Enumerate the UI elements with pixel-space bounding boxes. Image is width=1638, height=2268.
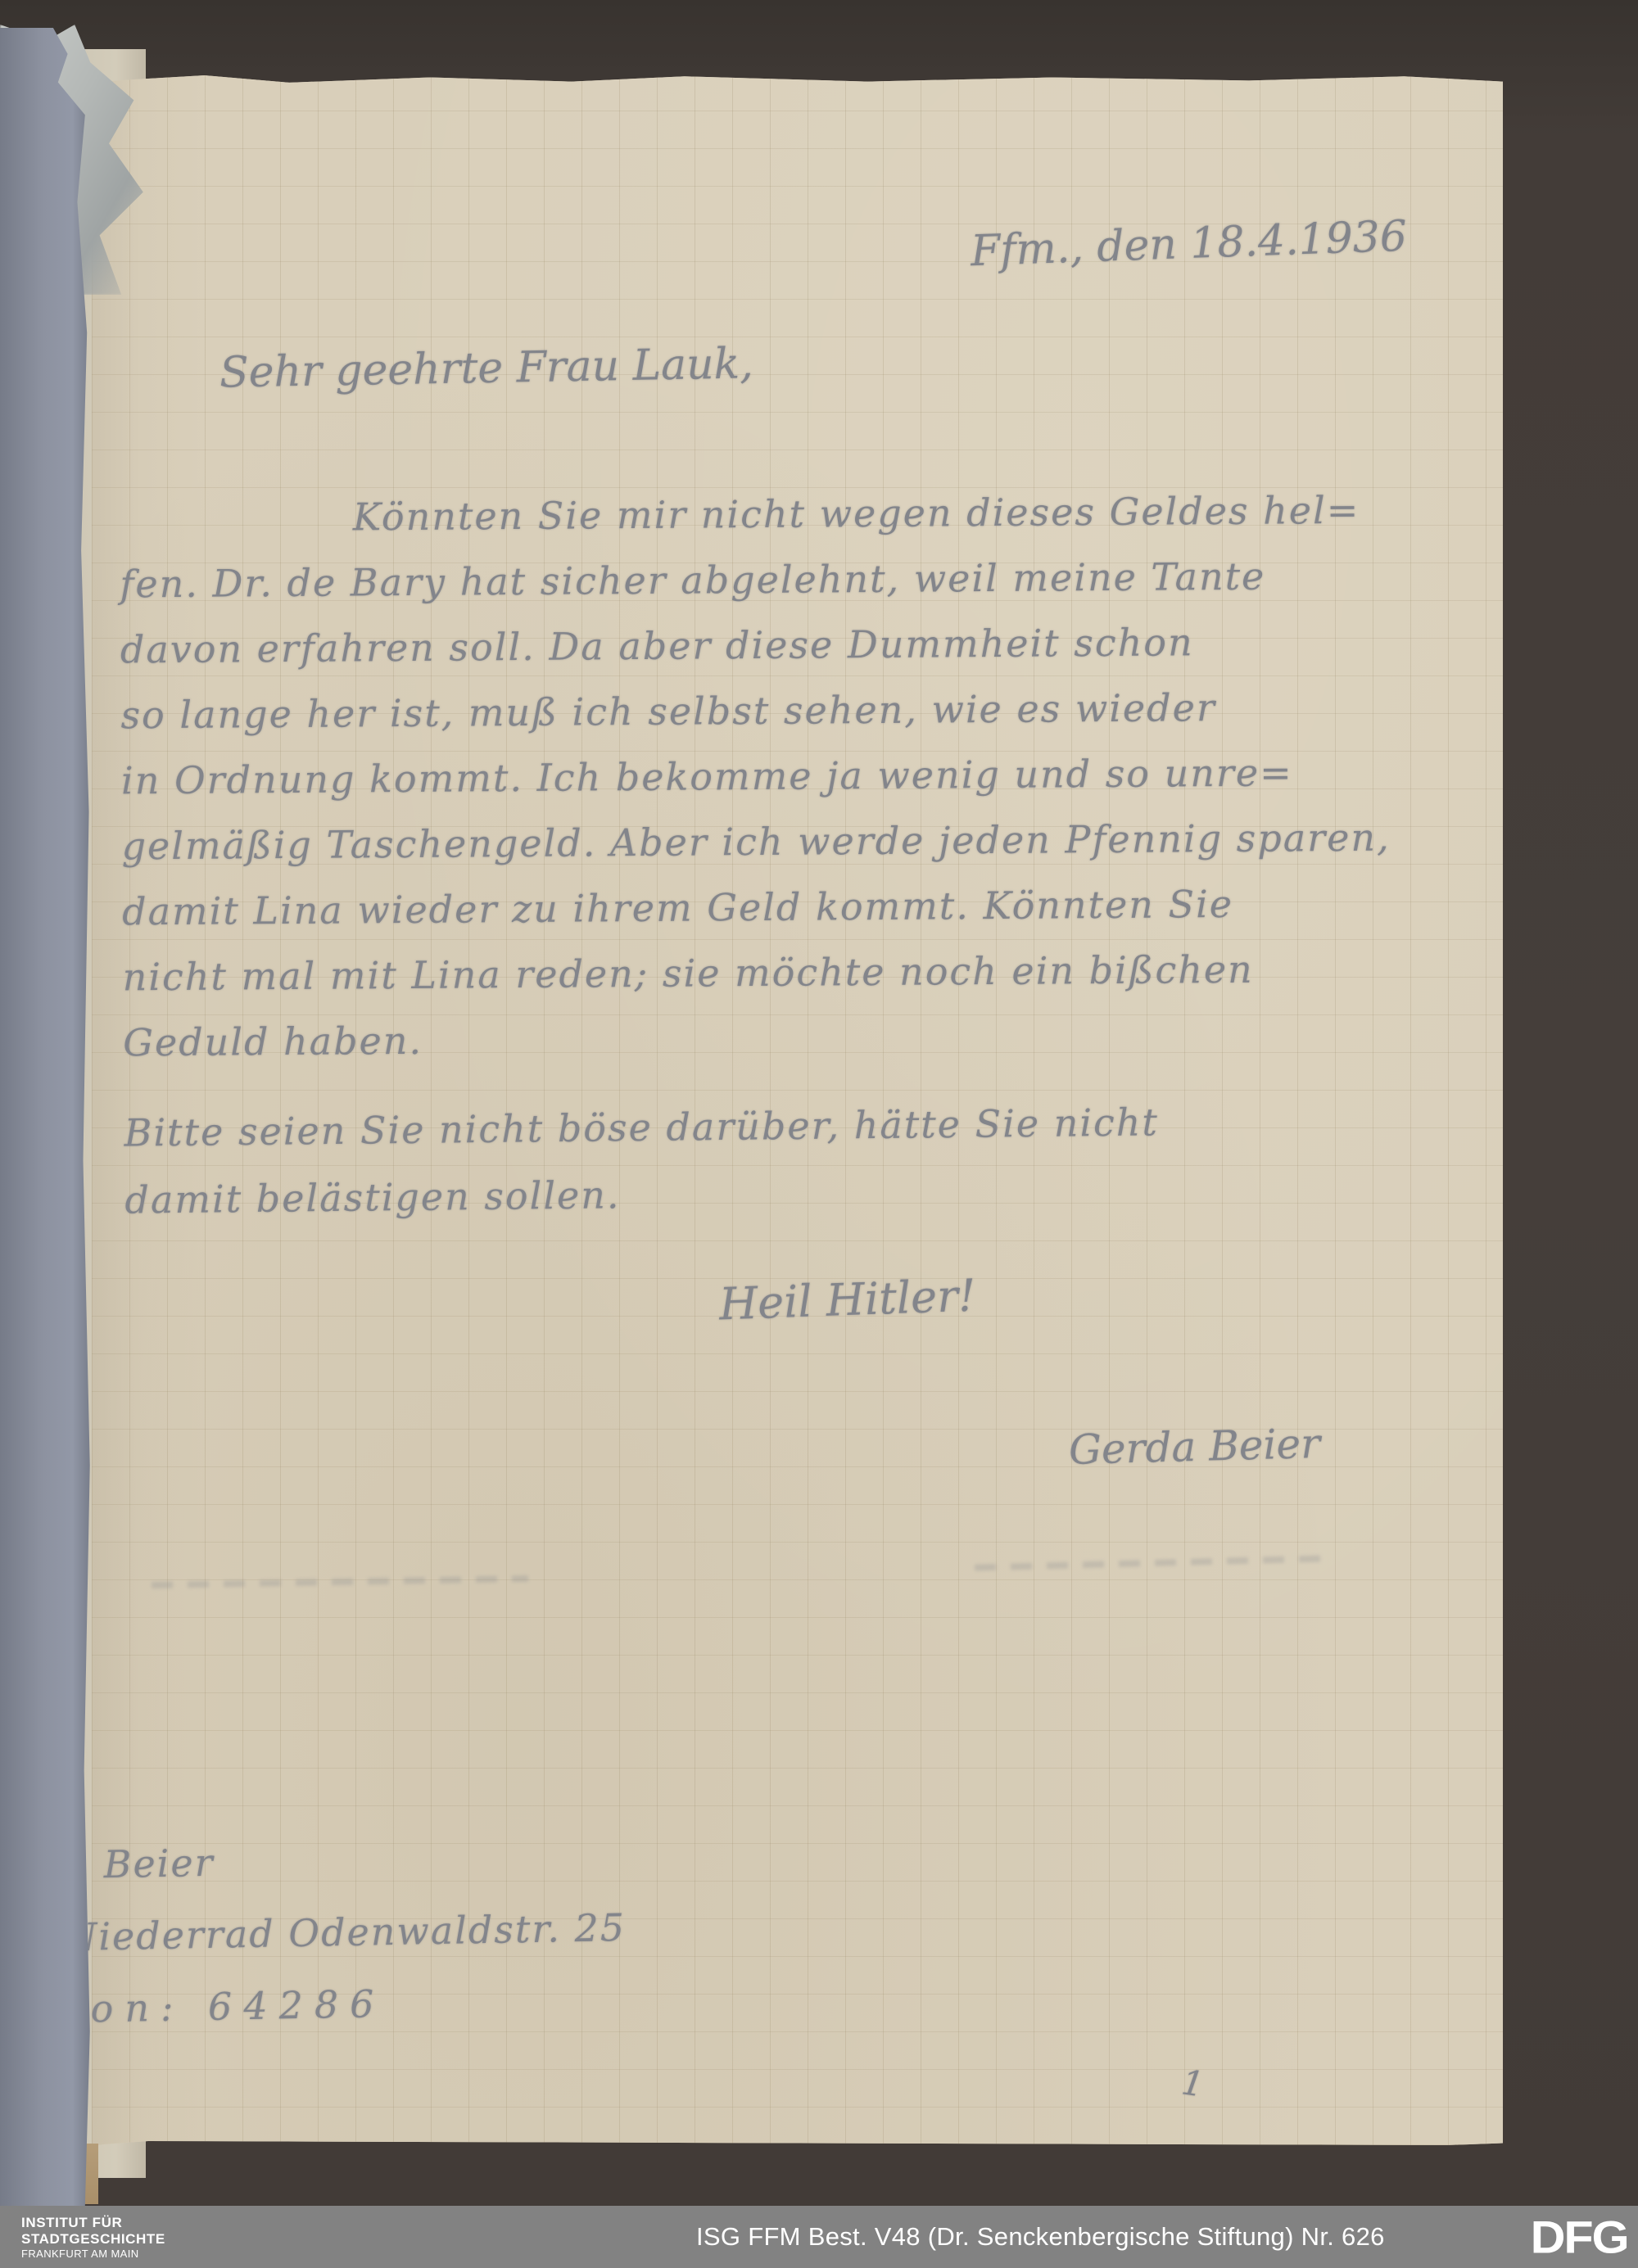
body-line: nicht mal mit Lina reden; sie möchte noc… bbox=[122, 936, 1391, 1010]
signature: Gerda Beier bbox=[1068, 1420, 1320, 1474]
closing-formula: Heil Hitler! bbox=[718, 1270, 977, 1331]
address-line-phone: fon: 64286 bbox=[65, 1963, 628, 2045]
body-line: Geduld haben. bbox=[123, 1001, 1392, 1076]
address-line: Niederrad Odenwaldstr. 25 bbox=[63, 1891, 627, 1973]
body-line: in Ordnung kommt. Ich bekomme ja wenig u… bbox=[121, 739, 1391, 814]
postscript-line: Bitte seien Sie nicht böse darüber, hätt… bbox=[124, 1088, 1159, 1166]
postscript-line: damit belästigen sollen. bbox=[124, 1155, 1160, 1233]
sender-address: J. Beier Niederrad Odenwaldstr. 25 fon: … bbox=[62, 1819, 628, 2045]
institute-logo: INSTITUT FÜR STADTGESCHICHTE FRANKFURT A… bbox=[21, 2215, 165, 2260]
body-line: davon erfahren soll. Da aber diese Dummh… bbox=[120, 608, 1390, 683]
body-line: so lange her ist, muß ich selbst sehen, … bbox=[120, 674, 1390, 748]
institute-logo-line: INSTITUT FÜR bbox=[21, 2215, 165, 2231]
salutation: Sehr geehrte Frau Lauk, bbox=[219, 339, 754, 397]
body-line: gelmäßig Taschengeld. Aber ich werde jed… bbox=[121, 805, 1391, 879]
body-line: Könnten Sie mir nicht wegen dieses Gelde… bbox=[120, 477, 1389, 552]
archive-caption-bar: INSTITUT FÜR STADTGESCHICHTE FRANKFURT A… bbox=[0, 2206, 1638, 2268]
address-line: J. Beier bbox=[62, 1819, 626, 1901]
archive-folder-edge bbox=[0, 28, 97, 2206]
letter-postscript: Bitte seien Sie nicht böse darüber, hätt… bbox=[124, 1088, 1160, 1233]
body-line: damit Lina wieder zu ihrem Geld kommt. K… bbox=[122, 870, 1391, 945]
archive-reference-caption: ISG FFM Best. V48 (Dr. Senckenbergische … bbox=[696, 2222, 1385, 2252]
institute-logo-line: FRANKFURT AM MAIN bbox=[21, 2248, 165, 2260]
letter-body: Könnten Sie mir nicht wegen dieses Gelde… bbox=[120, 477, 1392, 1076]
body-line: fen. Dr. de Bary hat sicher abgelehnt, w… bbox=[120, 543, 1389, 617]
institute-logo-line: STADTGESCHICHTE bbox=[21, 2231, 165, 2248]
dfg-logo: DFG bbox=[1530, 2211, 1627, 2264]
